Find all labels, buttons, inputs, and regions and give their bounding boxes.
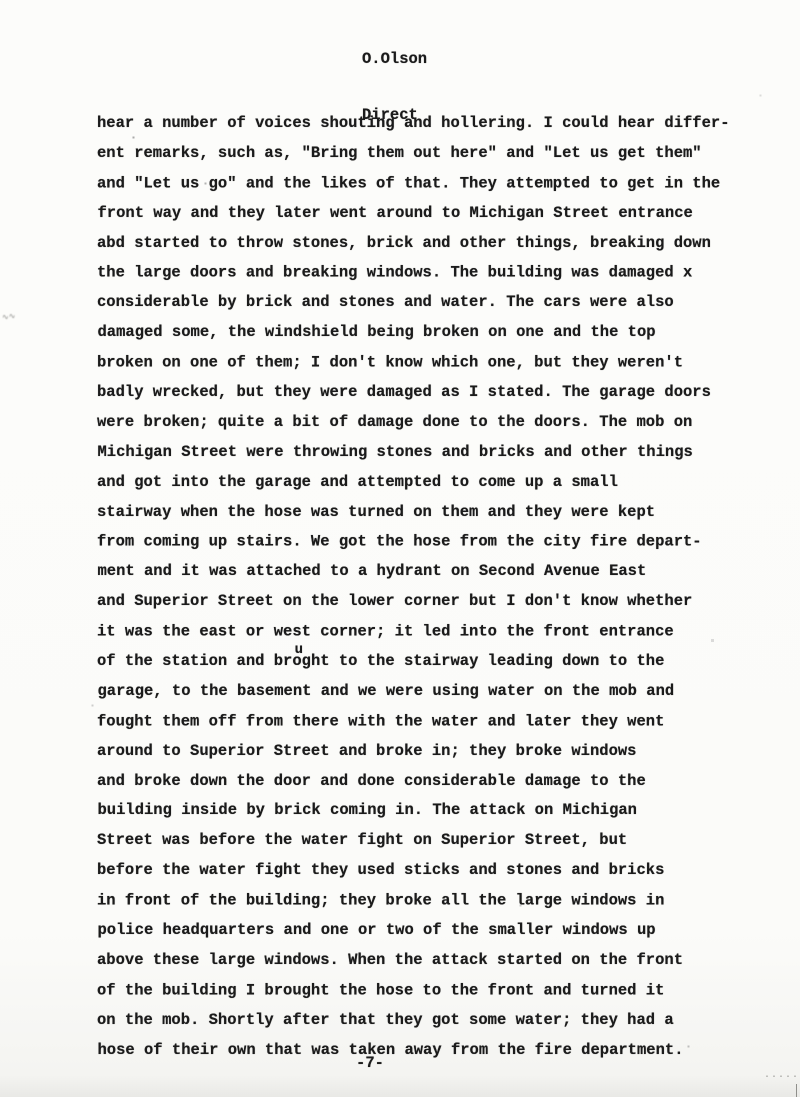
text-line: above these large windows. When the atta… (97, 946, 767, 976)
text-line: were broken; quite a bit of damage done … (97, 408, 767, 438)
text-line: garage, to the basement and we were usin… (98, 677, 768, 707)
text-line: and got into the garage and attempted to… (97, 468, 767, 498)
text-line: abd started to throw stones, brick and o… (97, 229, 767, 259)
text-line: stairway when the hose was turned on the… (97, 498, 767, 528)
page-number: -7- (340, 1054, 400, 1072)
text-line: and broke down the door and done conside… (97, 767, 767, 797)
text-line: considerable by brick and stones and wat… (97, 288, 767, 318)
text-line: building inside by brick coming in. The … (98, 796, 768, 826)
text-line: Michigan Street were throwing stones and… (98, 438, 768, 468)
text-line: around to Superior Street and broke in; … (97, 737, 767, 767)
scan-edge-dots-artifact: ····· (764, 1072, 799, 1083)
text-line: fought them off from there with the wate… (97, 707, 767, 737)
scan-edge-tick-artifact (796, 1084, 797, 1097)
text-line: on the mob. Shortly after that they got … (97, 1006, 767, 1036)
scan-noise-specks (0, 0, 1, 1)
text-line: and "Let us go" and the likes of that. T… (97, 169, 767, 199)
text-line: badly wrecked, but they were damaged as … (97, 378, 767, 408)
text-line: hose of their own that was taken away fr… (98, 1036, 768, 1066)
text-line: damaged some, the windshield being broke… (98, 318, 768, 348)
text-line: and Superior Street on the lower corner … (97, 587, 767, 617)
text-line: it was the east or west corner; it led i… (97, 618, 767, 648)
margin-scribble-mark: ∿∿ (1, 311, 16, 322)
text-line: police headquarters and one or two of th… (98, 916, 768, 946)
text-line: front way and they later went around to … (98, 199, 768, 229)
text-line: the large doors and breaking windows. Th… (97, 259, 767, 289)
text-line: in front of the building; they broke all… (97, 887, 767, 917)
text-line: Street was before the water fight on Sup… (97, 826, 767, 856)
text-line: ment and it was attached to a hydrant on… (98, 557, 768, 587)
text-line: of the station and brought to the stairw… (97, 647, 767, 677)
witness-name: O.Olson (362, 50, 427, 69)
scanned-transcript-page: O.Olson Direct hear a number of voices s… (0, 0, 800, 1097)
text-line: of the building I brought the hose to th… (97, 976, 767, 1006)
text-line: ent remarks, such as, "Bring them out he… (97, 139, 767, 169)
text-line: from coming up stairs. We got the hose f… (97, 528, 767, 558)
text-line: broken on one of them; I don't know whic… (97, 349, 767, 379)
testimony-body: hear a number of voices shouting and hol… (97, 109, 767, 1066)
text-line: hear a number of voices shouting and hol… (97, 109, 767, 139)
text-line: before the water fight they used sticks … (97, 856, 767, 886)
